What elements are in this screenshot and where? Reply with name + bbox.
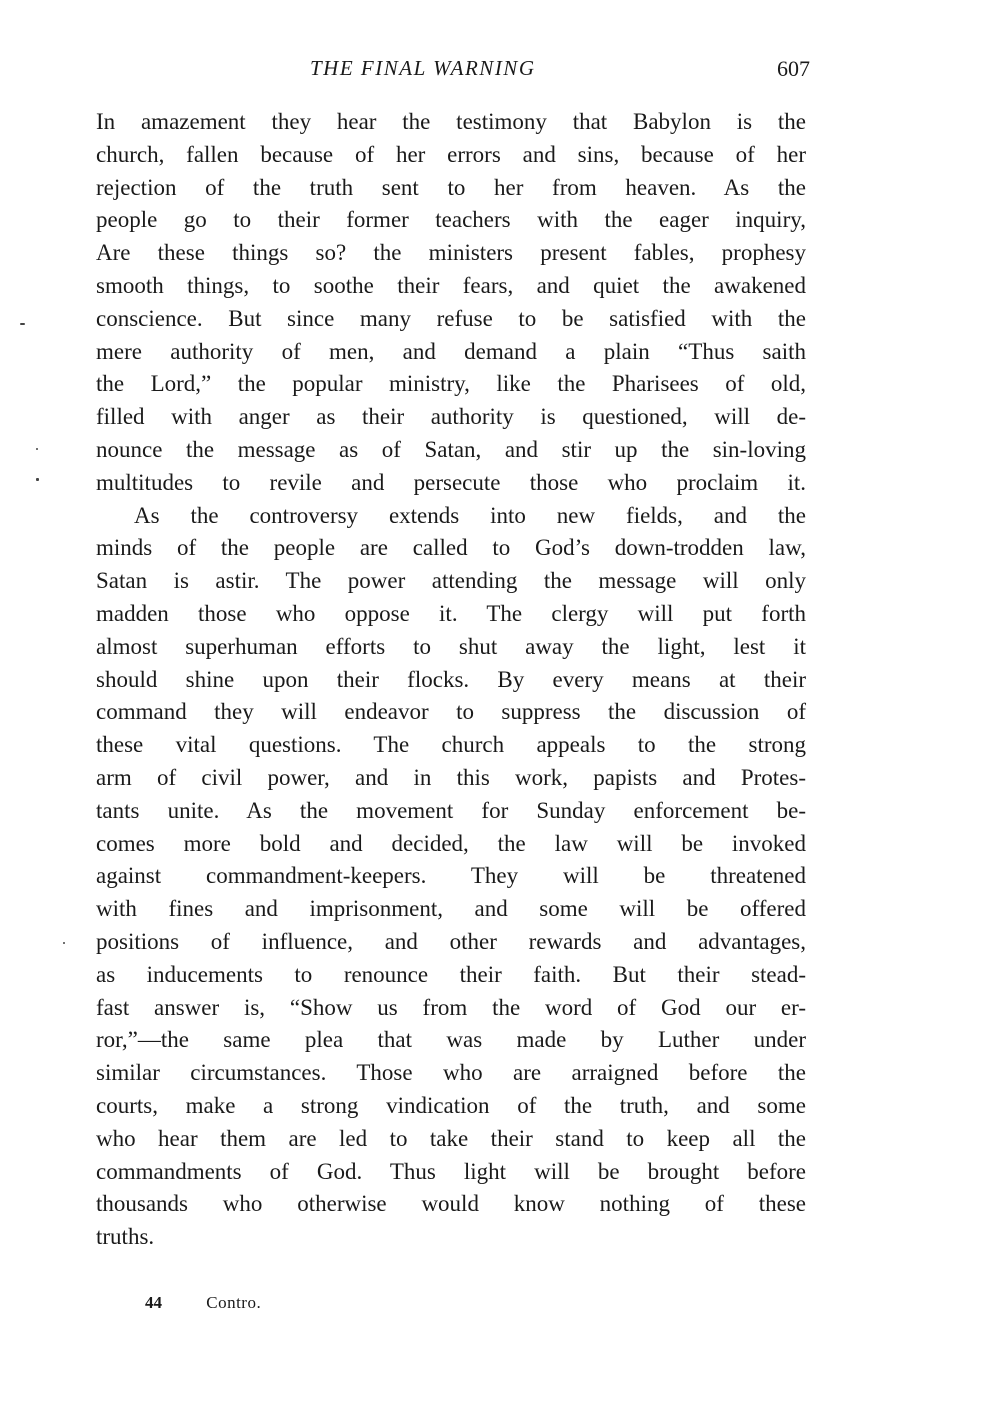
scan-speck (20, 323, 25, 325)
text-line: command they will endeavor to suppress t… (96, 696, 806, 729)
text-line: truths. (96, 1221, 806, 1254)
text-line: courts, make a strong vindication of the… (96, 1090, 806, 1123)
paragraph-2: As the controversy extends into new fiel… (96, 500, 806, 1254)
text-line: positions of influence, and other reward… (96, 926, 806, 959)
body-text: In amazement they hear the testimony tha… (96, 106, 806, 1254)
text-line: rejection of the truth sent to her from … (96, 172, 806, 205)
text-line: fast answer is, “Show us from the word o… (96, 992, 806, 1025)
text-line: people go to their former teachers with … (96, 204, 806, 237)
scan-speck (36, 478, 39, 481)
text-line: ror,”—the same plea that was made by Lut… (96, 1024, 806, 1057)
text-line: Satan is astir. The power attending the … (96, 565, 806, 598)
text-line: comes more bold and decided, the law wil… (96, 828, 806, 861)
text-line: commandments of God. Thus light will be … (96, 1156, 806, 1189)
text-line: against commandment-keepers. They will b… (96, 860, 806, 893)
text-line: as inducements to renounce their faith. … (96, 959, 806, 992)
text-line: As the controversy extends into new fiel… (96, 500, 806, 533)
text-line: mere authority of men, and demand a plai… (96, 336, 806, 369)
paragraph-1: In amazement they hear the testimony tha… (96, 106, 806, 500)
scan-speck (36, 448, 38, 450)
text-line: these vital questions. The church appeal… (96, 729, 806, 762)
text-line: church, fallen because of her errors and… (96, 139, 806, 172)
text-line: thousands who otherwise would know nothi… (96, 1188, 806, 1221)
text-line: filled with anger as their authority is … (96, 401, 806, 434)
running-title: THE FINAL WARNING (310, 56, 535, 81)
signature-number: 44 (145, 1293, 202, 1313)
text-line: conscience. But since many refuse to be … (96, 303, 806, 336)
text-line: smooth things, to soothe their fears, an… (96, 270, 806, 303)
text-line: tants unite. As the movement for Sunday … (96, 795, 806, 828)
running-head: THE FINAL WARNING 607 (95, 56, 810, 86)
text-line: Are these things so? the ministers prese… (96, 237, 806, 270)
text-line: multitudes to revile and persecute those… (96, 467, 806, 500)
text-line: with fines and imprisonment, and some wi… (96, 893, 806, 926)
text-line: minds of the people are called to God’s … (96, 532, 806, 565)
text-line: the Lord,” the popular ministry, like th… (96, 368, 806, 401)
text-line: In amazement they hear the testimony tha… (96, 106, 806, 139)
text-line: madden those who oppose it. The clergy w… (96, 598, 806, 631)
book-page: THE FINAL WARNING 607 In amazement they … (0, 0, 1000, 1414)
page-number: 607 (777, 56, 810, 82)
text-line: nounce the message as of Satan, and stir… (96, 434, 806, 467)
text-line: should shine upon their flocks. By every… (96, 664, 806, 697)
scan-speck (63, 942, 65, 944)
text-line: who hear them are led to take their stan… (96, 1123, 806, 1156)
signature-mark: Contro. (206, 1293, 261, 1313)
text-line: similar circumstances. Those who are arr… (96, 1057, 806, 1090)
signature-footer: 44 Contro. (145, 1293, 261, 1317)
text-line: arm of civil power, and in this work, pa… (96, 762, 806, 795)
text-line: almost superhuman efforts to shut away t… (96, 631, 806, 664)
